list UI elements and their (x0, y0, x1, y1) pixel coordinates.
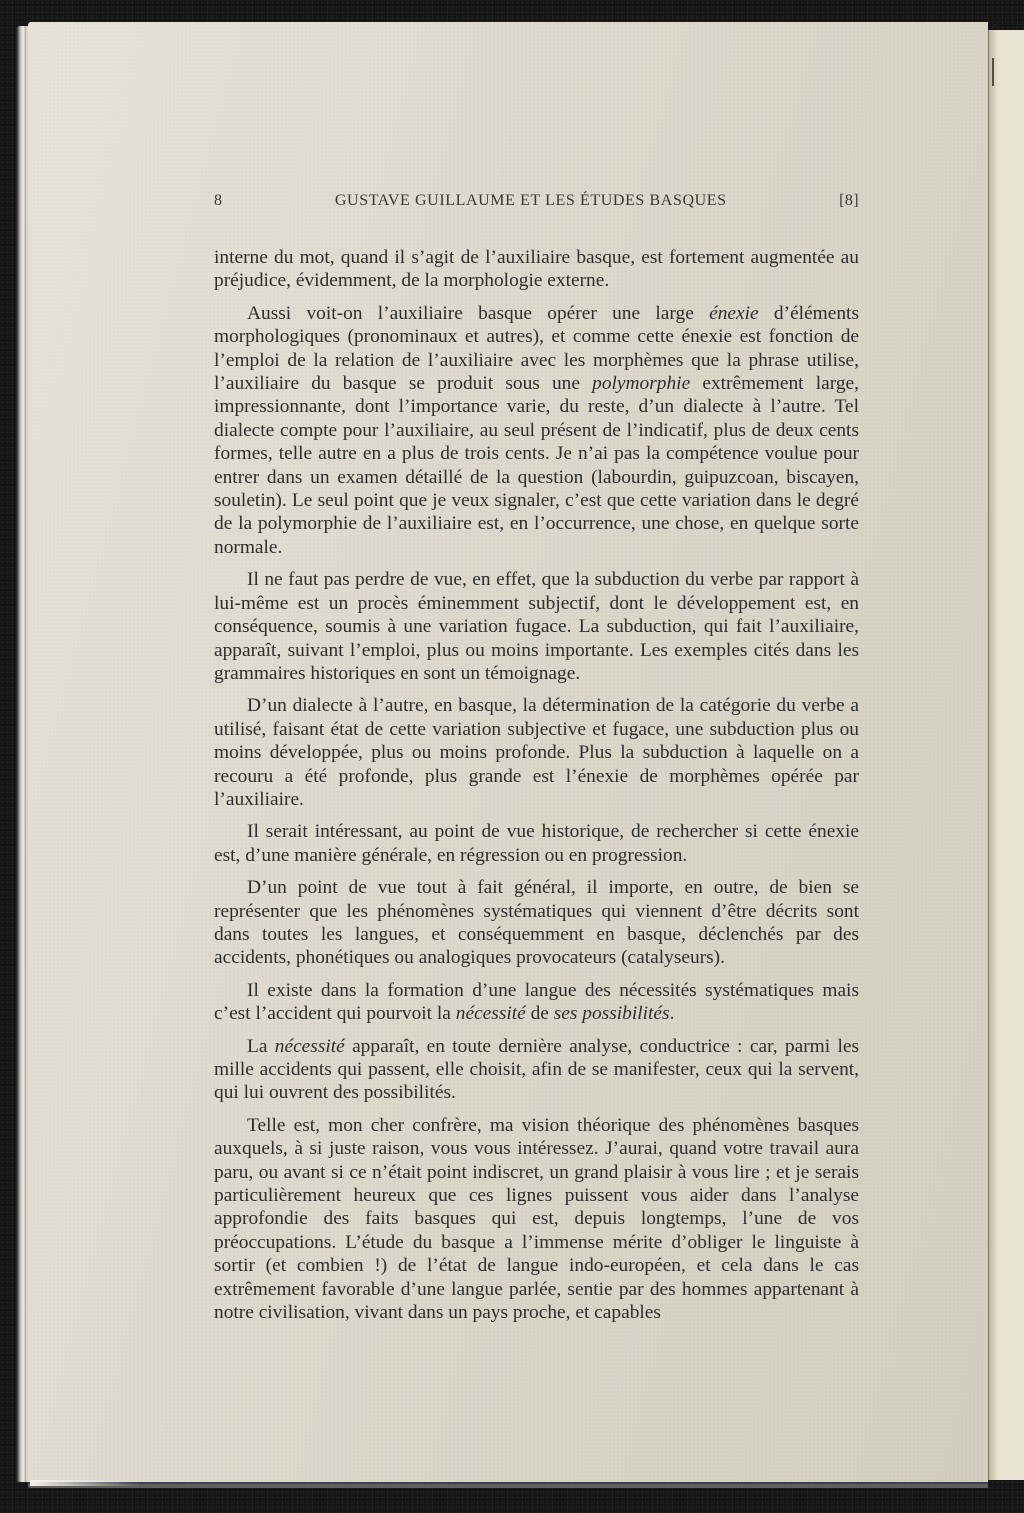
paragraph: Aussi voit-on l’auxiliaire basque opérer… (214, 302, 859, 559)
paragraph: Il ne faut pas perdre de vue, en effet, … (214, 568, 859, 685)
text-segment: Aussi voit-on l’auxiliaire basque opérer… (247, 303, 709, 324)
emphasized-term: ses possibilités (554, 1003, 670, 1024)
book-page: 8 GUSTAVE GUILLAUME ET LES ÉTUDES BASQUE… (28, 22, 988, 1484)
emphasized-term: polymorphie (592, 373, 690, 394)
emphasized-term: énexie (709, 303, 759, 324)
emphasized-term: nécessité (275, 1036, 345, 1057)
body-text: interne du mot, quand il s’agit de l’aux… (214, 246, 859, 1324)
text-segment: interne du mot, quand il s’agit de l’aux… (214, 247, 859, 291)
page-content: 8 GUSTAVE GUILLAUME ET LES ÉTUDES BASQUE… (214, 192, 859, 1333)
text-segment: de (526, 1003, 554, 1024)
text-segment: Il serait intéressant, au point de vue h… (214, 821, 859, 865)
header-folio: [8] (839, 192, 859, 210)
text-segment: Il ne faut pas perdre de vue, en effet, … (214, 569, 859, 684)
header-title: GUSTAVE GUILLAUME ET LES ÉTUDES BASQUES (335, 192, 727, 210)
text-segment: extrêmement large, impressionnante, dont… (214, 373, 859, 558)
paragraph: Il existe dans la formation d’une langue… (214, 979, 859, 1026)
text-segment: D’un point de vue tout à fait général, i… (214, 877, 859, 968)
paragraph: interne du mot, quand il s’agit de l’aux… (214, 246, 859, 293)
paragraph: La nécessité apparaît, en toute dernière… (214, 1035, 859, 1105)
text-segment: D’un dialecte à l’autre, en basque, la d… (214, 695, 859, 810)
header-page-number: 8 (214, 192, 222, 210)
paragraph: D’un point de vue tout à fait général, i… (214, 876, 859, 970)
paragraph: D’un dialecte à l’autre, en basque, la d… (214, 694, 859, 811)
text-segment: La (247, 1036, 275, 1057)
running-header: 8 GUSTAVE GUILLAUME ET LES ÉTUDES BASQUE… (214, 192, 859, 210)
facing-page-edge (988, 30, 1024, 1480)
photo-backdrop: { "document": { "colors": { "backdrop": … (0, 0, 1024, 1513)
paragraph: Il serait intéressant, au point de vue h… (214, 820, 859, 867)
gutter-crease-mark (992, 58, 994, 86)
text-segment: Telle est, mon cher confrère, ma vision … (214, 1115, 859, 1323)
emphasized-term: nécessité (456, 1003, 526, 1024)
text-segment: . (670, 1003, 675, 1024)
paragraph: Telle est, mon cher confrère, ma vision … (214, 1114, 859, 1325)
